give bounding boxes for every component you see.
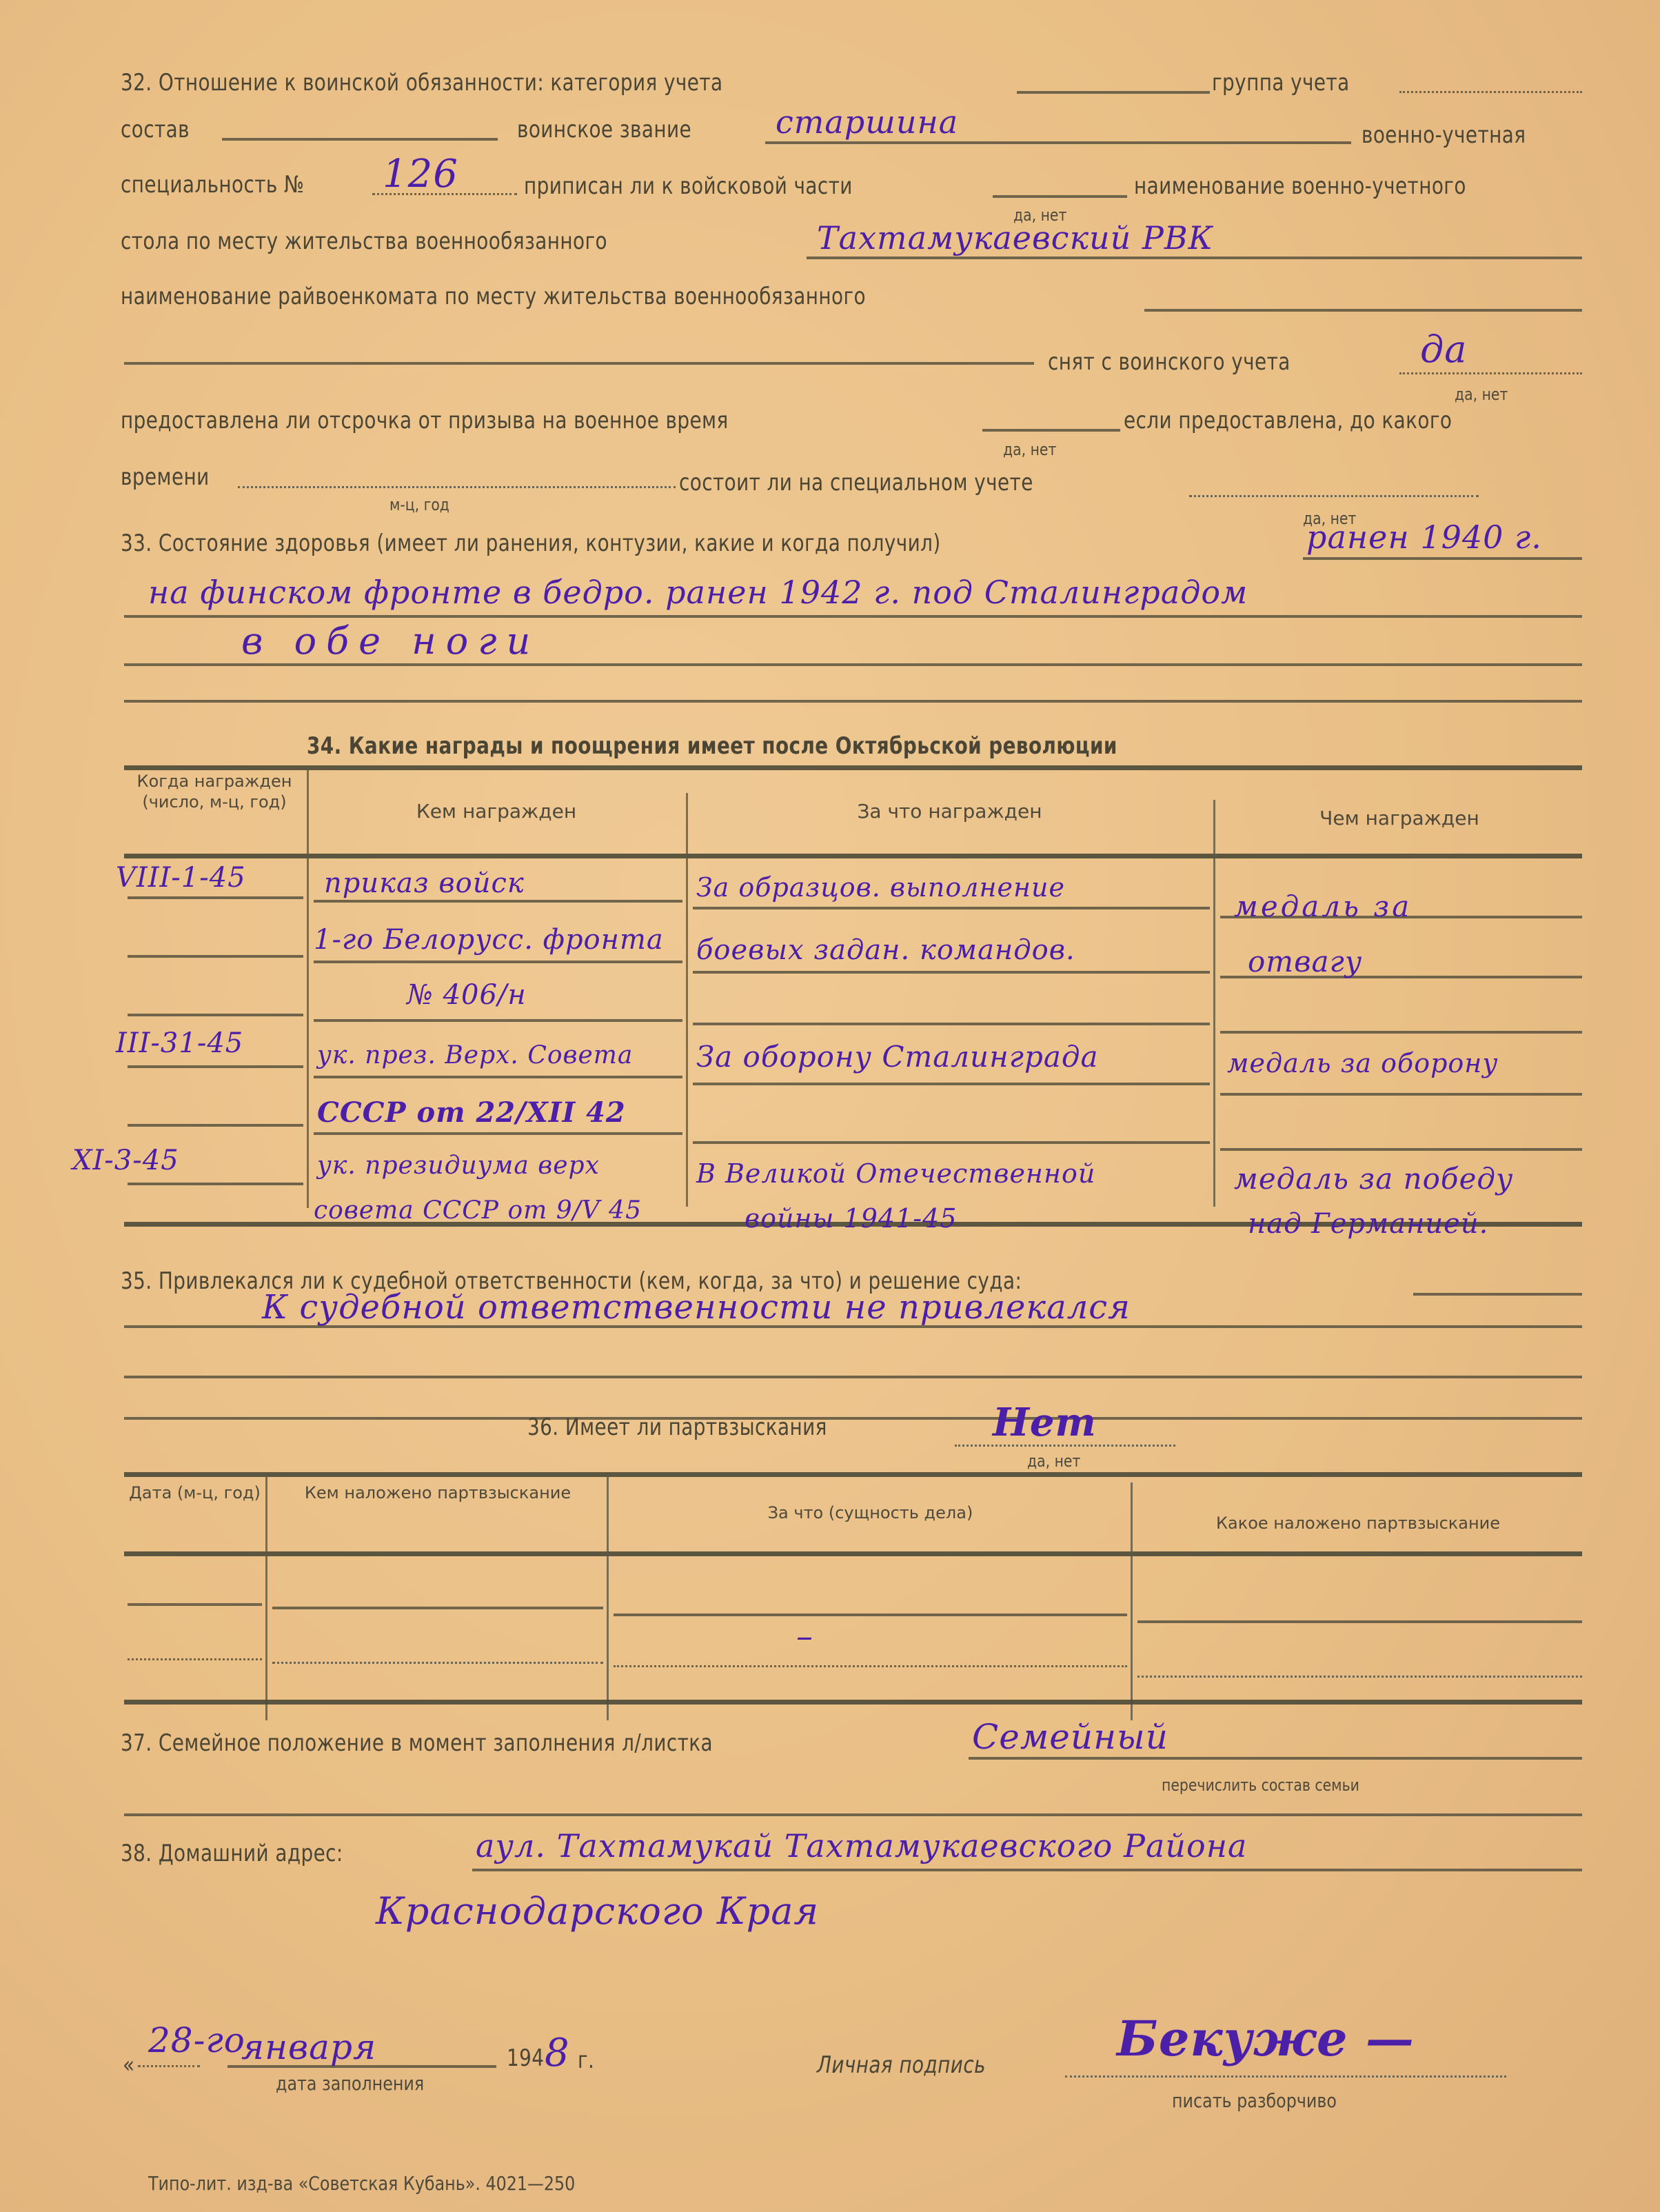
award-for: За оборону Сталинграда	[696, 1040, 1099, 1074]
award-for: В Великой Отечественной	[696, 1158, 1095, 1189]
award-for: войны 1941-45	[745, 1203, 957, 1234]
award-date: III-31-45	[116, 1027, 243, 1059]
penalty-header-date: Дата (м-ц, год)	[128, 1482, 262, 1503]
address-value-1: аул. Тахтамукай Тахтамукаевского Района	[476, 1827, 1247, 1864]
da-net-hint: да, нет	[1027, 1451, 1080, 1471]
award-what: медаль за оборону	[1227, 1048, 1498, 1078]
special-label: состоит ли на специальном учете	[679, 469, 1033, 496]
da-net-hint: да, нет	[1003, 440, 1056, 459]
naim-label: наименование военно-учетного	[1134, 172, 1466, 200]
award-by: 1-го Белорусс. фронта	[314, 924, 664, 956]
printer-imprint: Типо-лит. изд-ва «Советская Кубань». 402…	[148, 2172, 575, 2195]
signature: Бекуже —	[1117, 2010, 1415, 2067]
rank-value: старшина	[776, 103, 958, 141]
award-what: отвагу	[1248, 945, 1362, 978]
awards-header-date: Когда награжден (число, м-ц, год)	[124, 771, 305, 812]
health-label: 33. Состояние здоровья (имеет ли ранения…	[121, 530, 941, 557]
awards-header-what: Чем награжден	[1217, 807, 1582, 829]
deferment-until-label: если предоставлена, до какого	[1124, 407, 1452, 434]
awards-header-by: Кем награжден	[310, 800, 682, 823]
date-label: дата заполнения	[276, 2072, 424, 2095]
removed-value: да	[1420, 328, 1467, 371]
year-prefix: 194	[507, 2044, 544, 2072]
time-label: времени	[121, 463, 210, 491]
address-value-2: Краснодарского Края	[376, 1889, 819, 1933]
fill-month: января	[241, 2027, 376, 2067]
award-what: медаль за победу	[1234, 1162, 1513, 1196]
award-by: ук. през. Верх. Совета	[317, 1041, 633, 1069]
signature-label: Личная подпись	[817, 2051, 986, 2079]
da-net-hint: да, нет	[1455, 385, 1508, 404]
award-date: VIII-1-45	[116, 862, 246, 894]
year-digit: 8	[545, 2031, 570, 2075]
party-penalty-value: Нет	[993, 1400, 1097, 1445]
award-what: над Германией.	[1248, 1208, 1488, 1240]
stol-label: стола по месту жительства военнообязанно…	[121, 228, 607, 255]
family-label: 37. Семейное положение в момент заполнен…	[121, 1729, 713, 1757]
award-by: совета СССР от 9/V 45	[314, 1196, 642, 1225]
penalty-header-by: Кем наложено партвзыскание	[272, 1482, 603, 1503]
military-duty-label: 32. Отношение к воинской обязанности: ка…	[121, 69, 722, 97]
sostav-label: состав	[121, 116, 190, 143]
award-by: СССР от 22/XII 42	[317, 1096, 626, 1129]
raivoenkomat-label: наименование райвоенкомата по месту жите…	[121, 283, 866, 310]
date-quote: «	[123, 2051, 134, 2079]
address-label: 38. Домашний адрес:	[121, 1840, 343, 1867]
assigned-label: приписан ли к войсковой части	[524, 172, 853, 200]
specialty-value: 126	[383, 152, 458, 197]
court-value: К судебной ответственности не привлекалс…	[262, 1288, 1131, 1327]
group-label: группа учета	[1212, 69, 1350, 97]
penalty-header-for: За что (сущность дела)	[614, 1503, 1127, 1522]
penalty-dash: –	[796, 1617, 813, 1656]
deferment-label: предоставлена ли отсрочка от призыва на …	[121, 407, 729, 434]
award-by: приказ войск	[324, 867, 525, 899]
year-suffix: г.	[578, 2047, 594, 2074]
party-penalty-label: 36. Имеет ли партвзыскания	[527, 1414, 827, 1441]
specialty-label: специальность №	[121, 171, 304, 199]
awards-header-for: За что награжден	[689, 800, 1210, 823]
award-by: ук. президиума верх	[317, 1152, 600, 1180]
award-for: боевых задан. командов.	[696, 934, 1075, 966]
vus-label: военно-учетная	[1362, 121, 1526, 149]
award-date: XI-3-45	[72, 1145, 179, 1176]
health-value-2: на финском фронте в бедро. ранен 1942 г.…	[148, 574, 1248, 611]
fill-day: 28-го	[148, 2020, 245, 2060]
award-what: медаль за	[1234, 889, 1412, 923]
removed-label: снят с воинского учета	[1048, 348, 1290, 376]
health-value-1: ранен 1940 г.	[1306, 519, 1542, 556]
rank-label: воинское звание	[517, 116, 691, 143]
family-sublabel: перечислить состав семьи	[1162, 1776, 1359, 1795]
awards-title: 34. Какие награды и поощрения имеет посл…	[307, 732, 1117, 760]
signature-sublabel: писать разборчиво	[1172, 2089, 1337, 2112]
month-year-hint: м-ц, год	[389, 495, 449, 514]
award-by: № 406/н	[407, 979, 527, 1011]
health-value-3: в обе ноги	[241, 619, 540, 663]
penalty-header-what: Какое наложено партвзыскание	[1137, 1514, 1579, 1533]
award-for: За образцов. выполнение	[696, 872, 1065, 903]
family-value: Семейный	[972, 1717, 1168, 1757]
stol-value: Тахтамукаевский РВК	[817, 219, 1213, 257]
